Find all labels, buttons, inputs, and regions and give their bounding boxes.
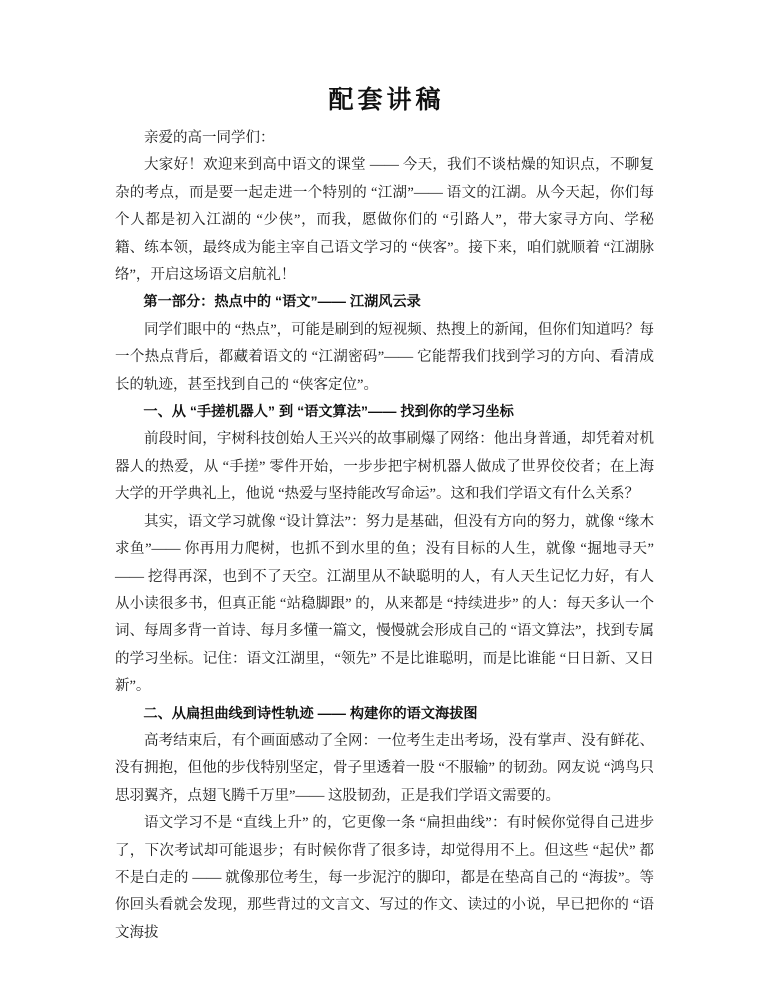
body-paragraph: 大家好！欢迎来到高中语文的课堂 —— 今天，我们不谈枯燥的知识点，不聊复杂的考点…: [115, 152, 654, 289]
section-heading: 一、从 “手搓机器人” 到 “语文算法”—— 找到你的学习坐标: [115, 399, 654, 426]
section-heading: 第一部分：热点中的 “语文”—— 江湖风云录: [115, 289, 654, 316]
body-paragraph: 高考结束后，有个画面感动了全网：一位考生走出考场，没有掌声、没有鲜花、没有拥抱，…: [115, 728, 654, 810]
body-paragraph: 语文学习不是 “直线上升” 的，它更像一条 “扁担曲线”：有时候你觉得自己进步了…: [115, 810, 654, 947]
document-title: 配套讲稿: [115, 86, 654, 116]
body-paragraph: 亲爱的高一同学们：: [115, 125, 654, 152]
body-paragraph: 前段时间，宇树科技创始人王兴兴的故事刷爆了网络：他出身普通，却凭着对机器人的热爱…: [115, 426, 654, 508]
section-heading: 二、从扁担曲线到诗性轨迹 —— 构建你的语文海拔图: [115, 701, 654, 728]
document-body: 亲爱的高一同学们：大家好！欢迎来到高中语文的课堂 —— 今天，我们不谈枯燥的知识…: [115, 125, 654, 947]
body-paragraph: 同学们眼中的 “热点”，可能是刷到的短视频、热搜上的新闻，但你们知道吗？每一个热…: [115, 317, 654, 399]
document-page: 配套讲稿 亲爱的高一同学们：大家好！欢迎来到高中语文的课堂 —— 今天，我们不谈…: [0, 0, 770, 1000]
body-paragraph: 其实，语文学习就像 “设计算法”：努力是基础，但没有方向的努力，就像 “缘木求鱼…: [115, 509, 654, 701]
